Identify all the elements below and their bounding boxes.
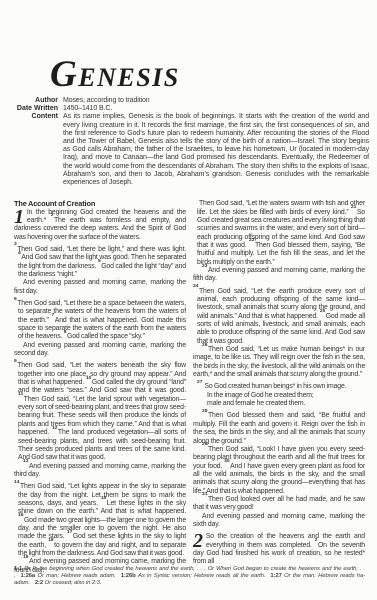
- chapter-paragraph: 1In the beginning God created the heaven…: [14, 209, 186, 242]
- verse-number: 21: [351, 205, 356, 210]
- verse-number: 26: [202, 343, 207, 348]
- verse-paragraph: 6Then God said, “Let there be a space be…: [14, 300, 186, 342]
- verse-number: 2: [315, 538, 318, 543]
- left-column: The Account of Creation 1In the beginnin…: [14, 200, 186, 580]
- book-intro: Author Moses, according to tradition Dat…: [0, 97, 369, 187]
- verse-number: 28: [202, 409, 207, 414]
- footnote-reference: 2:2: [35, 580, 45, 586]
- footnote-text: As in Syriac version; Hebrew reads all t…: [138, 573, 265, 579]
- verse-paragraph: 13And evening passed and morning came, m…: [14, 463, 186, 480]
- verse-number: 15: [101, 496, 106, 501]
- section-heading: The Account of Creation: [14, 200, 186, 208]
- verse-number: 7: [52, 313, 55, 318]
- verse-number: 30: [224, 459, 229, 464]
- verse-paragraph: 29Then God said, “Look! I have given you…: [193, 446, 365, 496]
- verse-number: 11: [18, 392, 23, 397]
- poetry-block: 27 So God created human beings* in his o…: [193, 383, 365, 408]
- verse-number: 3: [14, 242, 17, 247]
- intro-label-author: Author: [0, 97, 63, 105]
- book-title: GENESIS: [50, 56, 377, 93]
- intro-row-date-written: Date Written 1450–1410 B.C.: [0, 105, 369, 113]
- footnote: 1:26b As in Syriac version; Hebrew reads…: [121, 573, 266, 579]
- footnote: 2:2 Or ceased; also in 2:3.: [35, 580, 101, 586]
- footnote-reference: 1:1: [14, 566, 24, 572]
- footnote-reference: 1:26b: [121, 573, 138, 579]
- verse-number: 10: [86, 376, 91, 381]
- footnote-reference: 1:26a: [21, 573, 38, 579]
- chapter-number-dropcap: 1: [14, 210, 24, 225]
- verse-paragraph: 3Then God said, “Let there be light,” an…: [14, 246, 186, 279]
- intro-label-date-written: Date Written: [0, 105, 63, 113]
- chapter-paragraph: 2So the creation of the heavens and the …: [193, 533, 365, 566]
- book-title-initial: G: [50, 54, 78, 95]
- verse-number: 23: [202, 264, 207, 269]
- scripture-columns: The Account of Creation 1In the beginnin…: [14, 200, 365, 580]
- verse-number: 12: [52, 426, 57, 431]
- verse-paragraph: 20Then God said, “Let the waters swarm w…: [193, 200, 365, 267]
- right-paragraphs: 20Then God said, “Let the waters swarm w…: [193, 200, 365, 566]
- footnote-text: Or man; Hebrew reads adam.: [37, 573, 115, 579]
- verse-number: 5: [98, 259, 101, 264]
- verse-paragraph: 23And evening passed and morning came, m…: [193, 267, 365, 284]
- verse-paragraph: And evening passed and morning came, mar…: [14, 342, 186, 359]
- footnote-reference: 1:27: [270, 573, 284, 579]
- footnote-text: Or ceased; also in 2:3.: [45, 580, 102, 586]
- verse-paragraph: 24Then God said, “Let the earth produce …: [193, 288, 365, 346]
- verse-number: 20: [193, 200, 198, 202]
- verse-number: 4: [18, 251, 21, 256]
- verse-paragraph: And evening passed and morning came, mar…: [193, 513, 365, 530]
- verse-number: 25: [320, 309, 325, 314]
- right-column: 20Then God said, “Let the waters swarm w…: [193, 200, 365, 580]
- left-paragraphs: 1In the beginning God created the heaven…: [14, 209, 186, 575]
- verse-number: 14: [14, 480, 19, 485]
- verse-number: 24: [193, 284, 198, 289]
- verse-number: 27: [197, 380, 202, 385]
- book-title-rest: ENESIS: [78, 63, 180, 92]
- verse-paragraph: 28Then God blessed them and said, “Be fr…: [193, 412, 365, 445]
- verse-number: 22: [249, 238, 254, 243]
- intro-value-content: As its name implies, Genesis is the book…: [63, 113, 369, 187]
- poetry-line: male and female he created them.: [207, 400, 365, 408]
- bible-page: GENESIS Author Moses, according to tradi…: [0, 0, 377, 600]
- poetry-line: In the image of God he created them;: [207, 392, 365, 400]
- verse-number: 17: [67, 530, 72, 535]
- verse-number: 29: [202, 442, 207, 447]
- verse-number: 8: [64, 330, 67, 335]
- verse-paragraph: 14Then God said, “Let lights appear in t…: [14, 483, 186, 558]
- intro-label-content: Content: [0, 113, 63, 187]
- verse-paragraph: 31Then God looked over all he had made, …: [193, 496, 365, 513]
- verse-number: 19: [23, 555, 28, 560]
- verse-number: 9: [14, 359, 17, 364]
- verse-number: 18: [48, 538, 53, 543]
- intro-value-date-written: 1450–1410 B.C.: [63, 105, 369, 113]
- chapter-number-dropcap: 2: [193, 534, 203, 549]
- verse-paragraph: 9Then God said, “Let the waters beneath …: [14, 362, 186, 462]
- verse-number: 16: [18, 513, 23, 518]
- verse-paragraph: And evening passed and morning came, mar…: [14, 279, 186, 296]
- intro-value-author: Moses, according to tradition: [63, 97, 369, 105]
- poetry-line: 27 So God created human beings* in his o…: [207, 383, 365, 391]
- intro-row-author: Author Moses, according to tradition: [0, 97, 369, 105]
- verse-number: 6: [14, 297, 17, 302]
- intro-row-content: Content As its name implies, Genesis is …: [0, 113, 369, 187]
- verse-number: 13: [23, 459, 28, 464]
- footnotes: 1:1 Or In the beginning when God created…: [14, 566, 365, 587]
- verse-number: 2: [51, 213, 54, 218]
- verse-number: 31: [202, 492, 207, 497]
- footnote: 1:26a Or man; Hebrew reads adam.: [21, 573, 116, 579]
- verse-paragraph: 26Then God said, “Let us make human bein…: [193, 346, 365, 379]
